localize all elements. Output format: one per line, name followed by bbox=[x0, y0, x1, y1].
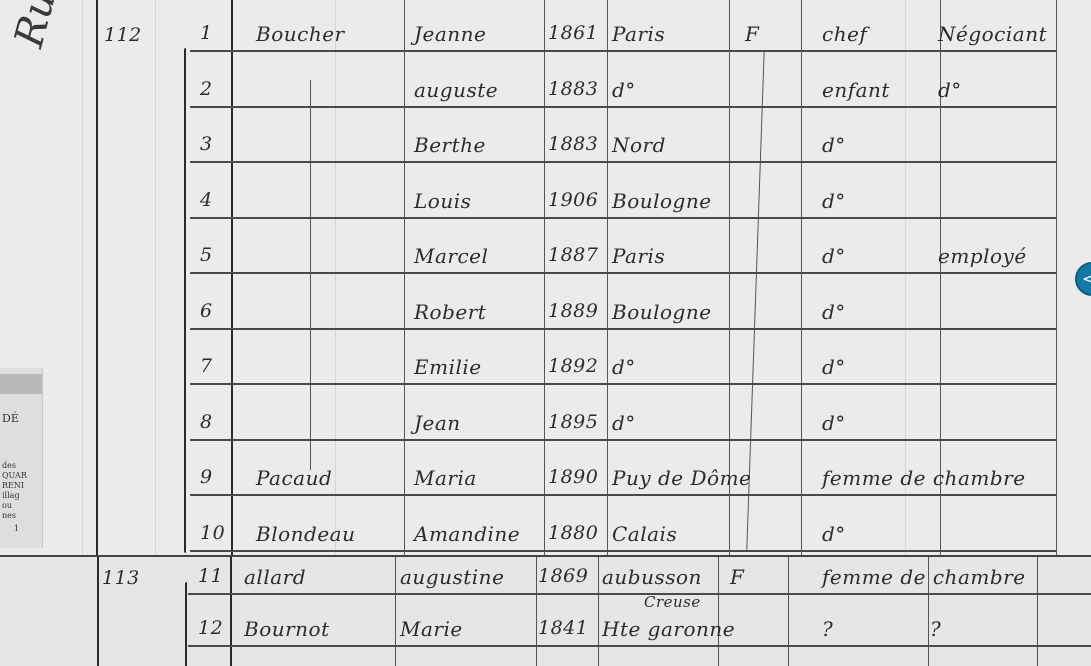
given-name-cell: Emilie bbox=[414, 355, 482, 379]
relation-cell: femme de chambre bbox=[822, 466, 1026, 490]
column-rule bbox=[231, 0, 233, 555]
birth-year-cell: 1841 bbox=[538, 617, 588, 639]
relation-cell: d° bbox=[822, 411, 846, 435]
given-name-cell: auguste bbox=[414, 78, 498, 102]
given-name-cell: Marie bbox=[400, 617, 463, 641]
birthplace-cell: Paris bbox=[612, 244, 665, 268]
column-rule bbox=[1056, 0, 1057, 555]
household-brace bbox=[184, 48, 186, 553]
surname-cell: Boucher bbox=[256, 22, 345, 46]
row-rule bbox=[188, 645, 1091, 647]
occupation-cell: d° bbox=[938, 78, 962, 102]
row-rule bbox=[190, 217, 1056, 219]
relation-cell: d° bbox=[822, 133, 846, 157]
given-name-cell: Amandine bbox=[414, 522, 520, 546]
birthplace-cell: d° bbox=[612, 355, 636, 379]
given-name-cell: Louis bbox=[414, 189, 471, 213]
birth-year-cell: 1892 bbox=[548, 355, 598, 377]
relation-cell: d° bbox=[822, 300, 846, 324]
given-name-cell: Maria bbox=[414, 466, 477, 490]
birth-year-cell: 1883 bbox=[548, 78, 598, 100]
line-number: 10 bbox=[200, 522, 225, 544]
birthplace-cell: Calais bbox=[612, 522, 677, 546]
relation-cell: femme de chambre bbox=[822, 565, 1026, 589]
birth-year-cell: 1887 bbox=[548, 244, 598, 266]
row-rule bbox=[190, 50, 1056, 52]
register-page-lower: 11311allardaugustine1869aubussonFfemme d… bbox=[0, 555, 1091, 666]
relation-cell: d° bbox=[822, 189, 846, 213]
given-name-cell: Robert bbox=[414, 300, 486, 324]
line-number: 2 bbox=[200, 78, 213, 100]
birthplace-cell: Paris bbox=[612, 22, 665, 46]
given-name-cell: Berthe bbox=[414, 133, 486, 157]
row-rule bbox=[190, 439, 1056, 441]
column-rule bbox=[404, 0, 405, 555]
relation-cell: enfant bbox=[822, 78, 890, 102]
birthplace-cell: d° bbox=[612, 78, 636, 102]
line-number: 7 bbox=[200, 355, 213, 377]
relation-cell: chef bbox=[822, 22, 867, 46]
relation-cell: d° bbox=[822, 522, 846, 546]
column-rule bbox=[607, 0, 608, 555]
line-number: 8 bbox=[200, 411, 213, 433]
row-rule bbox=[190, 494, 1056, 496]
surname-cell: Pacaud bbox=[256, 466, 332, 490]
birthplace-cell: Boulogne bbox=[612, 300, 712, 324]
column-rule bbox=[544, 0, 545, 555]
birth-year-cell: 1906 bbox=[548, 189, 598, 211]
column-rule bbox=[96, 0, 98, 555]
given-name-cell: augustine bbox=[400, 565, 504, 589]
row-rule bbox=[190, 328, 1056, 330]
birth-year-cell: 1861 bbox=[548, 22, 598, 44]
ditto-line bbox=[310, 80, 311, 470]
register-page-upper: Rue DÉ des QUAR RENI illag ou nes 1 1121… bbox=[0, 0, 1091, 555]
relation-cell: d° bbox=[822, 355, 846, 379]
row-rule bbox=[190, 161, 1056, 163]
line-number: 4 bbox=[200, 189, 213, 211]
birth-year-cell: 1880 bbox=[548, 522, 598, 544]
given-name-cell: Marcel bbox=[414, 244, 488, 268]
row-rule bbox=[190, 106, 1056, 108]
line-number: 1 bbox=[200, 22, 213, 44]
line-number: 3 bbox=[200, 133, 213, 155]
birthplace-subline: Creuse bbox=[644, 593, 701, 611]
surname-cell: Bournot bbox=[244, 617, 330, 641]
nationality-cell: F bbox=[730, 565, 744, 589]
margin-annotation: Rue bbox=[6, 0, 71, 52]
line-number: 6 bbox=[200, 300, 213, 322]
birthplace-cell: Nord bbox=[612, 133, 666, 157]
house-number: 112 bbox=[104, 24, 142, 46]
row-rule bbox=[190, 272, 1056, 274]
row-rule bbox=[190, 550, 1056, 552]
birth-year-cell: 1895 bbox=[548, 411, 598, 433]
column-rule bbox=[801, 0, 802, 555]
birthplace-cell: Hte garonne bbox=[602, 617, 735, 641]
surname-cell: allard bbox=[244, 565, 306, 589]
birthplace-cell: aubusson bbox=[602, 565, 702, 589]
line-number: 9 bbox=[200, 466, 213, 488]
birth-year-cell: 1883 bbox=[548, 133, 598, 155]
occupation-cell: Négociant bbox=[938, 22, 1047, 46]
row-rule bbox=[190, 383, 1056, 385]
occupation-cell: employé bbox=[938, 244, 1027, 268]
adjacent-page-strip: DÉ des QUAR RENI illag ou nes 1 bbox=[0, 368, 43, 548]
birth-year-cell: 1889 bbox=[548, 300, 598, 322]
relation-cell: d° bbox=[822, 244, 846, 268]
birthplace-cell: d° bbox=[612, 411, 636, 435]
given-name-cell: Jean bbox=[414, 411, 461, 435]
birth-year-cell: 1890 bbox=[548, 466, 598, 488]
line-number: 12 bbox=[198, 617, 223, 639]
house-number: 113 bbox=[102, 567, 140, 589]
household-brace bbox=[185, 582, 187, 666]
surname-cell: Blondeau bbox=[256, 522, 355, 546]
occupation-cell: ? bbox=[930, 617, 941, 641]
line-number: 11 bbox=[198, 565, 223, 587]
birth-year-cell: 1869 bbox=[538, 565, 588, 587]
nationality-cell: F bbox=[745, 22, 759, 46]
birthplace-cell: Boulogne bbox=[612, 189, 712, 213]
row-rule bbox=[188, 593, 1091, 595]
relation-cell: ? bbox=[822, 617, 833, 641]
line-number: 5 bbox=[200, 244, 213, 266]
birthplace-cell: Puy de Dôme bbox=[612, 466, 751, 490]
given-name-cell: Jeanne bbox=[414, 22, 486, 46]
